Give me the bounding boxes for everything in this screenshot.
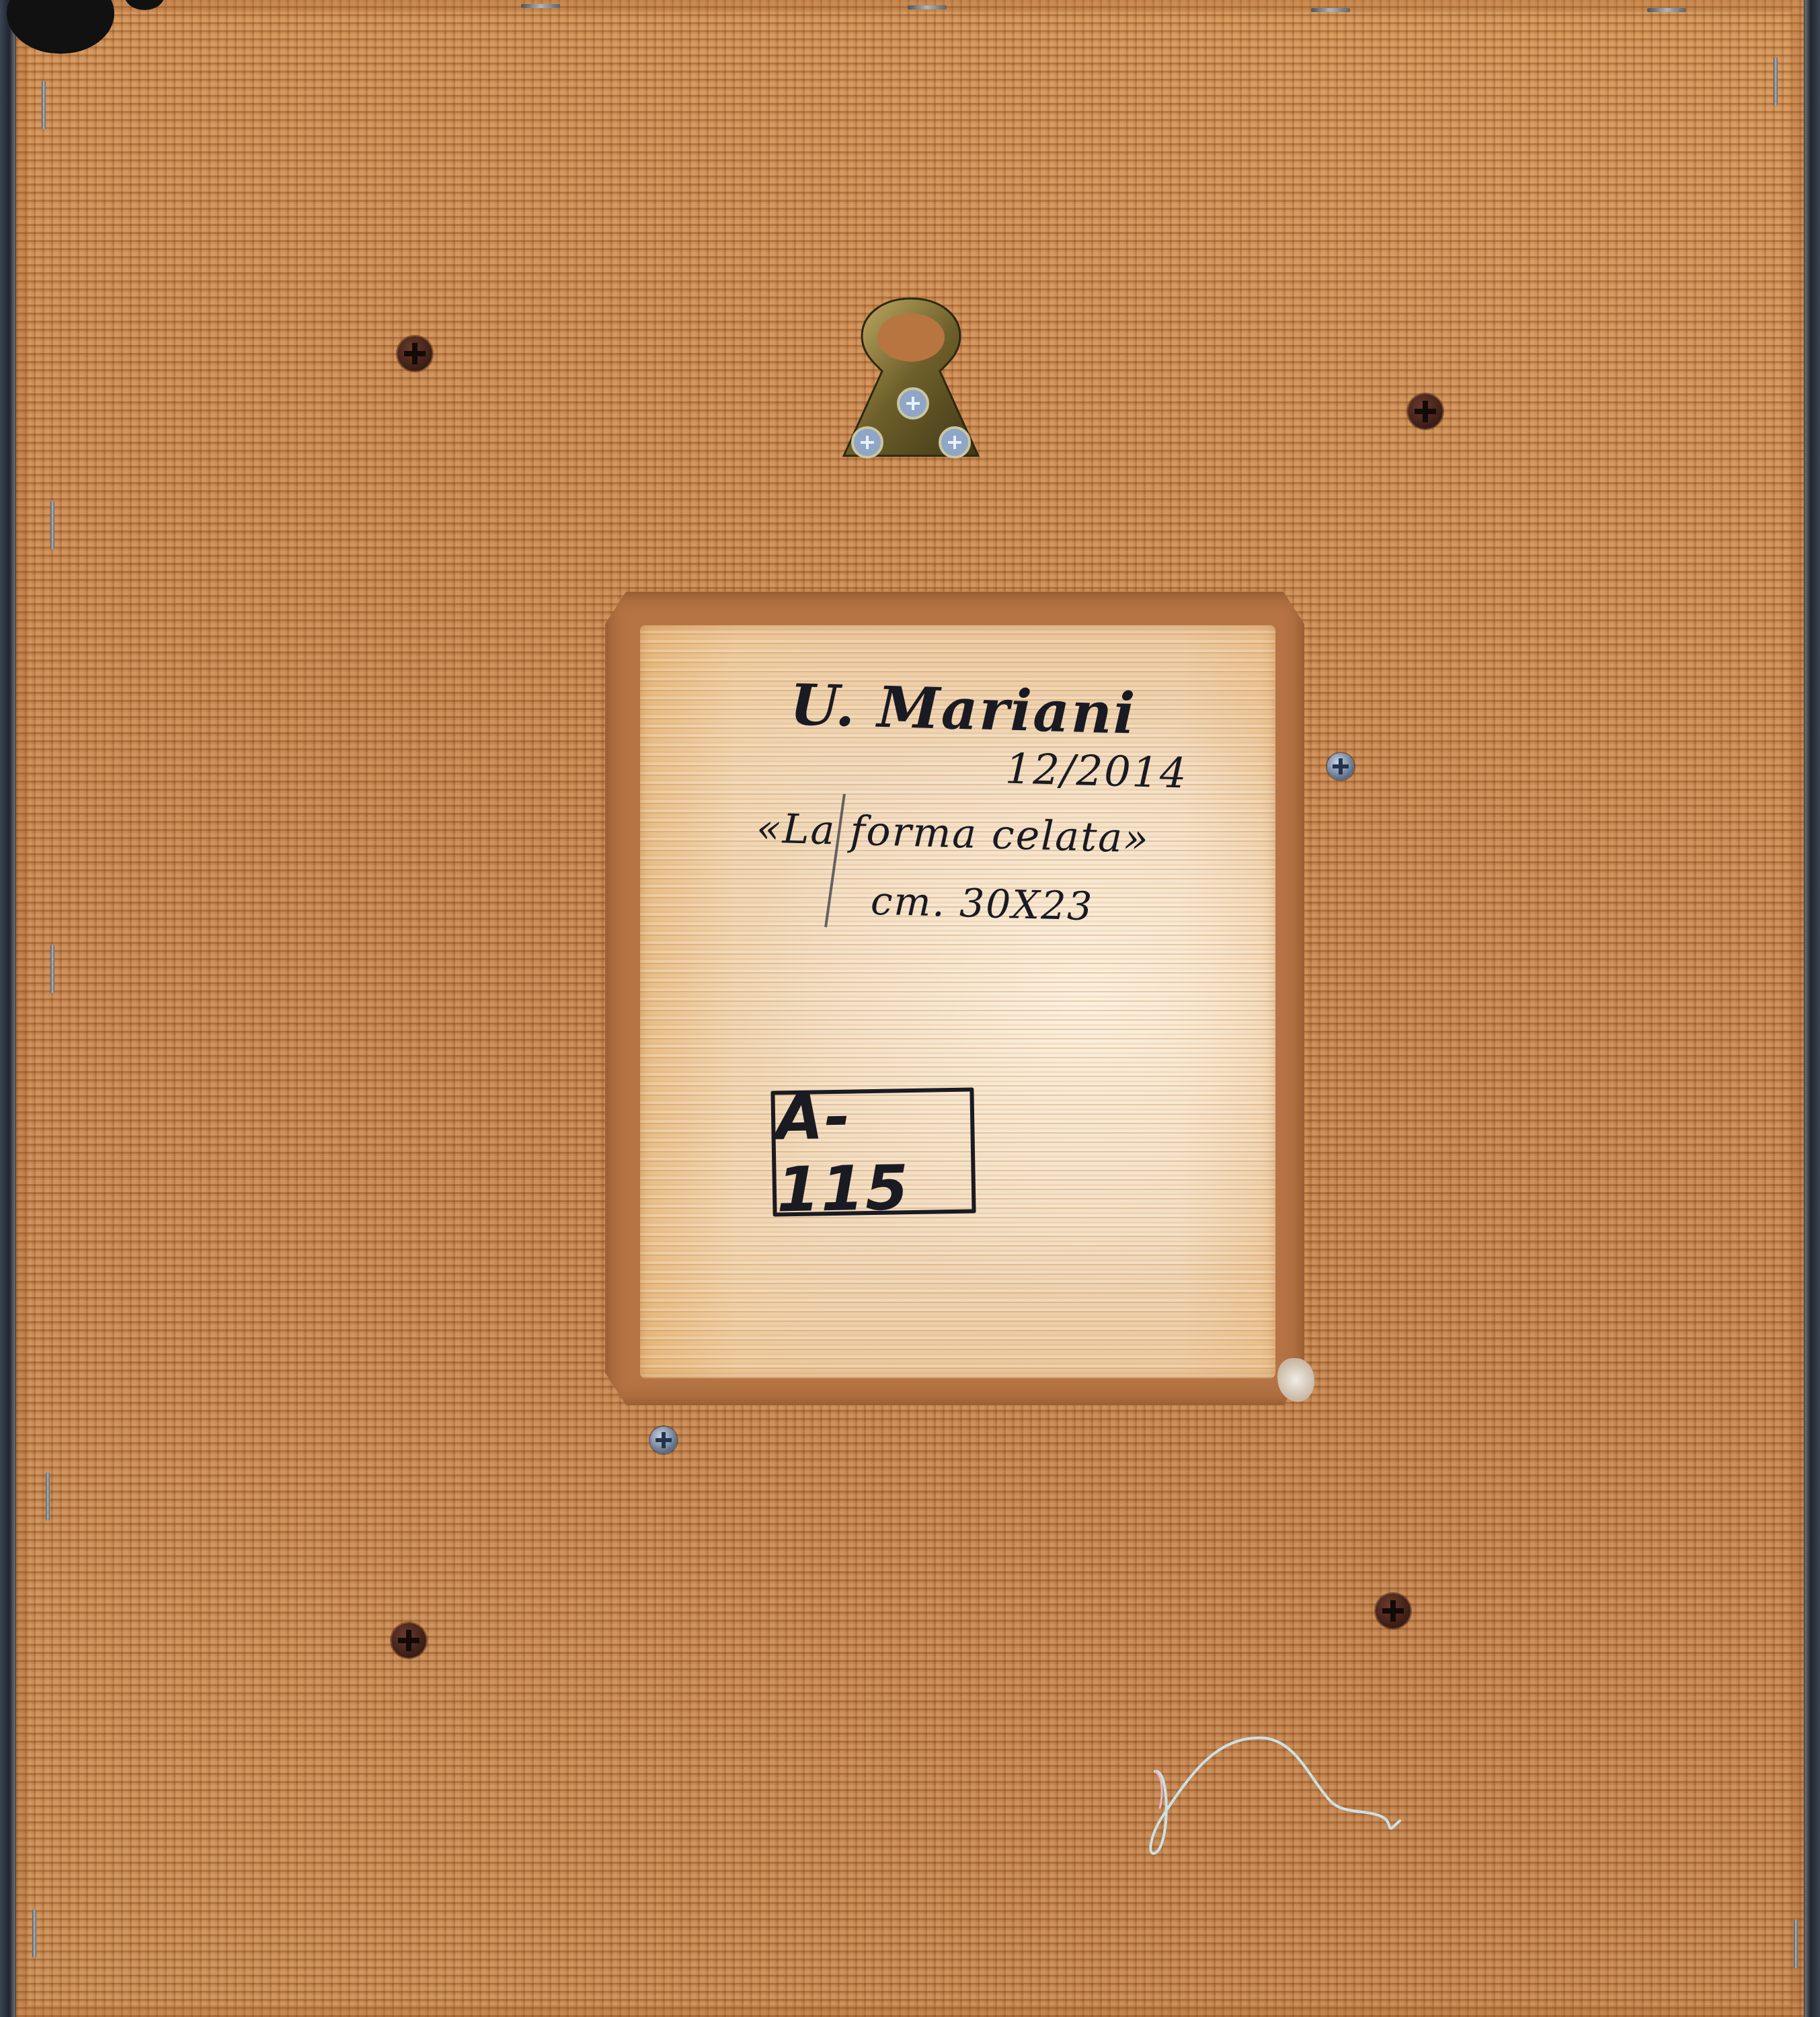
screw-icon [1408, 394, 1443, 429]
screw-icon [397, 336, 432, 371]
staple [50, 501, 54, 549]
stray-thread-icon [1143, 1708, 1412, 1862]
artwork-dimensions: cm. 30X23 [870, 878, 1094, 930]
screw-icon [391, 1623, 426, 1658]
staple [1647, 8, 1686, 12]
screw-icon [650, 1427, 677, 1454]
screw-icon [1376, 1593, 1411, 1628]
staple [46, 1472, 50, 1521]
staple [50, 945, 54, 993]
catalog-number: A-115 [775, 1078, 972, 1226]
staple [1794, 1920, 1798, 1968]
staple [42, 81, 46, 129]
artist-signature: U. Mariani [789, 671, 1137, 746]
staple [1774, 57, 1778, 106]
staple [32, 1909, 36, 1958]
screw-icon [1327, 753, 1354, 780]
hanger-bracket-icon [840, 296, 982, 464]
artwork-date: 12/2014 [1004, 744, 1188, 797]
staple [1311, 8, 1350, 12]
staple [908, 5, 947, 9]
catalog-number-box: A-115 [770, 1087, 976, 1216]
staple [521, 4, 560, 8]
